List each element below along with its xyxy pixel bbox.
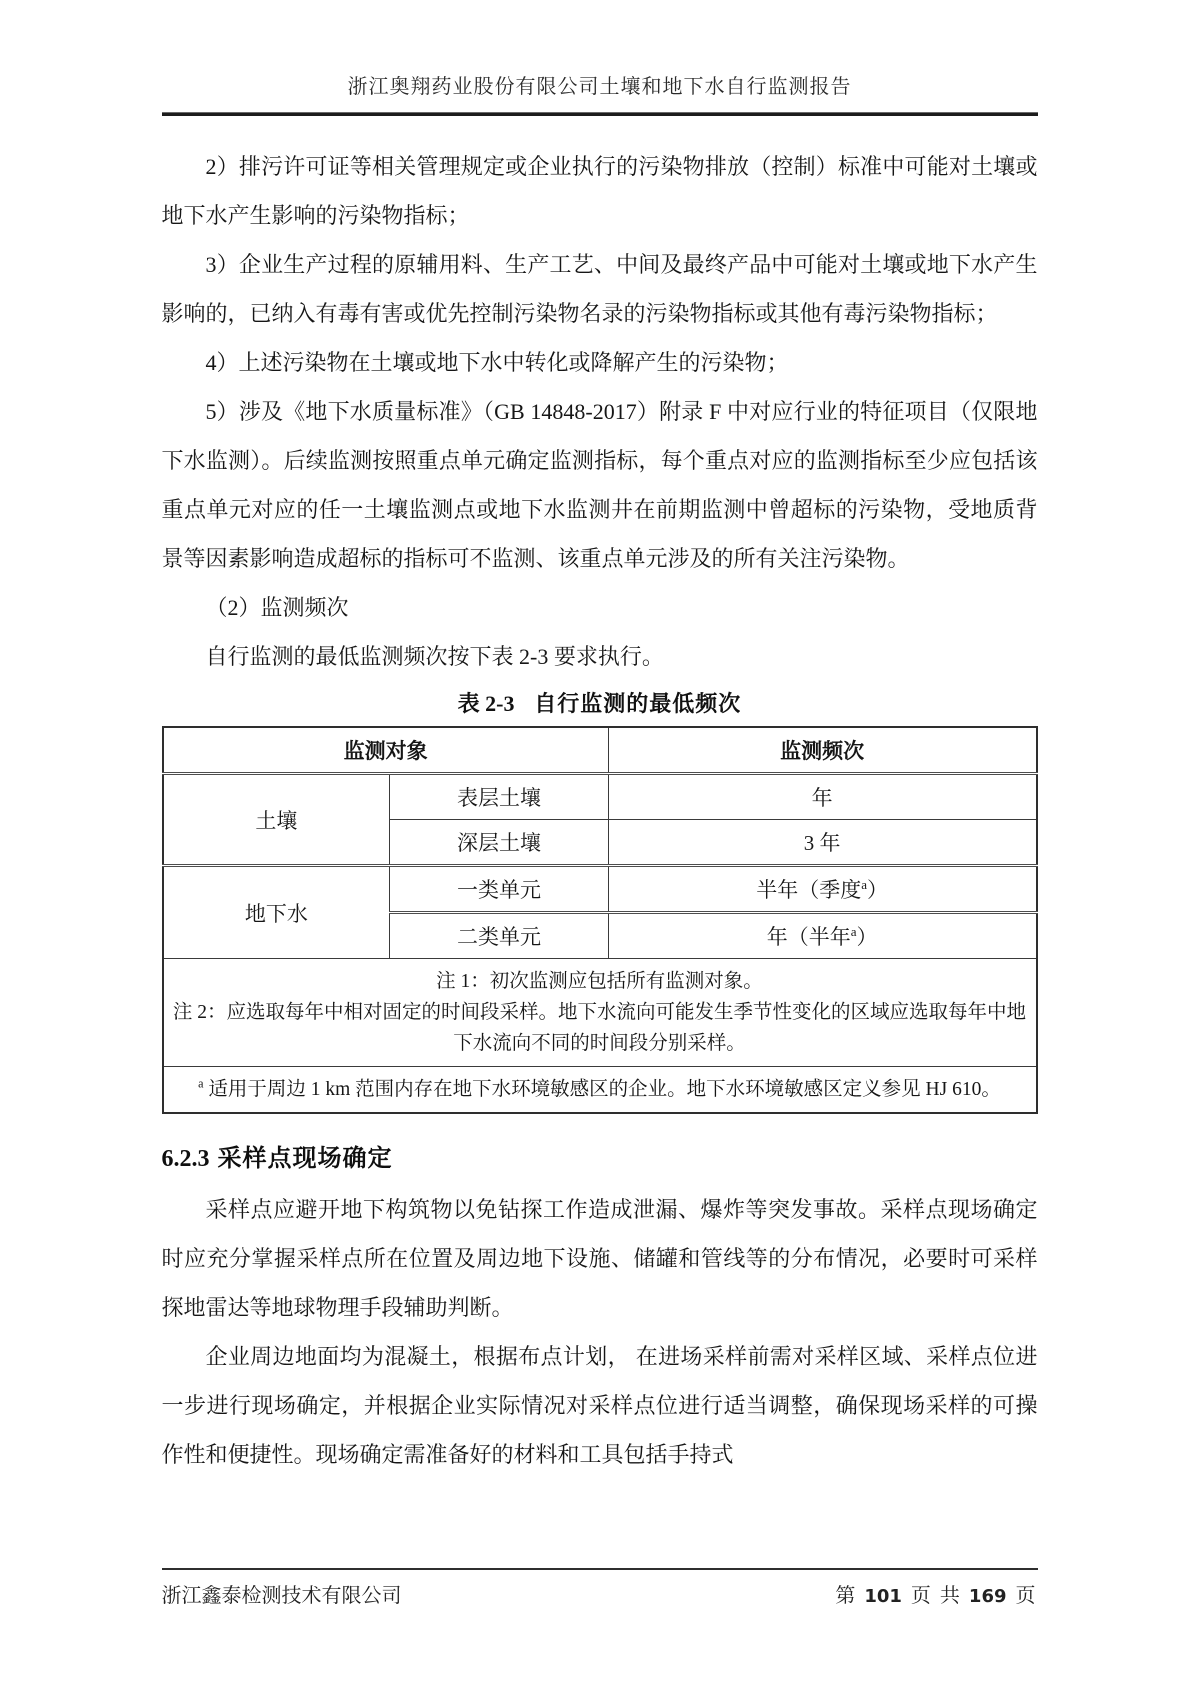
- cell-deep-soil-frequency: 3 年: [608, 820, 1036, 866]
- paragraph-monitoring-frequency-label: （2）监测频次: [162, 583, 1038, 632]
- column-header-object: 监测对象: [163, 727, 609, 774]
- header-title: 浙江奥翔药业股份有限公司土壤和地下水自行监测报告: [162, 70, 1038, 99]
- table-notes: 注 1：初次监测应包括所有监测对象。 注 2：应选取每年中相对固定的时间段采样。…: [163, 959, 1037, 1067]
- frequency-text-close: ）: [857, 925, 878, 949]
- frequency-text: 半年（季度: [756, 878, 861, 902]
- table-number: 表 2-3: [458, 691, 515, 716]
- table-footnote-row: a 适用于周边 1 km 范围内存在地下水环境敏感区的企业。地下水环境敏感区定义…: [163, 1067, 1037, 1114]
- current-page-number: 101: [864, 1586, 902, 1607]
- total-page-number: 169: [969, 1586, 1007, 1607]
- table-footnote: a 适用于周边 1 km 范围内存在地下水环境敏感区的企业。地下水环境敏感区定义…: [163, 1067, 1037, 1114]
- monitoring-frequency-table: 监测对象 监测频次 土壤 表层土壤 年 深层土壤 3 年 地下水 一类单元 半年…: [162, 726, 1038, 1114]
- page-label-unit-2: 页: [1016, 1585, 1036, 1607]
- cell-unit-class2: 二类单元: [390, 913, 609, 959]
- table-notes-row: 注 1：初次监测应包括所有监测对象。 注 2：应选取每年中相对固定的时间段采样。…: [163, 959, 1037, 1067]
- cell-soil-group: 土壤: [163, 774, 390, 866]
- table-footnote-text: 适用于周边 1 km 范围内存在地下水环境敏感区的企业。地下水环境敏感区定义参见…: [208, 1079, 1000, 1100]
- table-title: 表 2-3自行监测的最低频次: [162, 687, 1038, 718]
- page-label-prefix: 第: [835, 1585, 855, 1607]
- section-number: 6.2.3: [162, 1146, 210, 1172]
- paragraph-item-5: 5）涉及《地下水质量标准》（GB 14848-2017）附录 F 中对应行业的特…: [162, 387, 1038, 583]
- footnote-marker: a: [198, 1077, 203, 1091]
- cell-deep-soil: 深层土壤: [390, 820, 609, 866]
- cell-groundwater-group: 地下水: [163, 866, 390, 959]
- paragraph-item-2: 2）排污许可证等相关管理规定或企业执行的污染物排放（控制）标准中可能对土壤或地下…: [162, 142, 1038, 240]
- footer-page-indicator: 第 101 页 共 169 页: [833, 1579, 1037, 1608]
- table-note-2: 注 2：应选取每年中相对固定的时间段采样。地下水流向可能发生季节性变化的区域应选…: [168, 997, 1032, 1059]
- table-title-text: 自行监测的最低频次: [534, 691, 741, 716]
- cell-unit-class1: 一类单元: [390, 866, 609, 913]
- cell-surface-soil: 表层土壤: [390, 774, 609, 820]
- section-heading: 6.2.3采样点现场确定: [162, 1138, 1038, 1173]
- page-footer: 浙江鑫泰检测技术有限公司 第 101 页 共 169 页: [162, 1568, 1038, 1608]
- table-row: 土壤 表层土壤 年: [163, 774, 1037, 820]
- frequency-text: 年（半年: [767, 925, 851, 949]
- frequency-text-close: ）: [867, 878, 888, 902]
- cell-surface-soil-frequency: 年: [608, 774, 1036, 820]
- column-header-frequency: 监测频次: [608, 727, 1036, 774]
- table-header-row: 监测对象 监测频次: [163, 727, 1037, 774]
- page-label-total: 共: [940, 1585, 960, 1607]
- document-page: 浙江奥翔药业股份有限公司土壤和地下水自行监测报告 2）排污许可证等相关管理规定或…: [162, 0, 1038, 1479]
- document-body: 2）排污许可证等相关管理规定或企业执行的污染物排放（控制）标准中可能对土壤或地下…: [162, 142, 1038, 1479]
- section-paragraph-2: 企业周边地面均为混凝土，根据布点计划， 在进场采样前需对采样区域、采样点位进一步…: [162, 1332, 1038, 1479]
- table-note-1: 注 1：初次监测应包括所有监测对象。: [168, 966, 1032, 997]
- page-label-unit: 页: [911, 1585, 931, 1607]
- cell-unit-class2-frequency: 年（半年a）: [608, 913, 1036, 959]
- page-header: 浙江奥翔药业股份有限公司土壤和地下水自行监测报告: [162, 0, 1038, 116]
- header-rule: [162, 112, 1038, 116]
- section-heading-text: 采样点现场确定: [218, 1145, 393, 1172]
- section-paragraph-1: 采样点应避开地下构筑物以免钻探工作造成泄漏、爆炸等突发事故。采样点现场确定时应充…: [162, 1185, 1038, 1332]
- paragraph-item-3: 3）企业生产过程的原辅用料、生产工艺、中间及最终产品中可能对土壤或地下水产生影响…: [162, 240, 1038, 338]
- footer-company: 浙江鑫泰检测技术有限公司: [162, 1579, 402, 1608]
- cell-unit-class1-frequency: 半年（季度a）: [608, 866, 1036, 913]
- paragraph-item-4: 4）上述污染物在土壤或地下水中转化或降解产生的污染物；: [162, 338, 1038, 387]
- table-row: 地下水 一类单元 半年（季度a）: [163, 866, 1037, 913]
- paragraph-table-intro: 自行监测的最低监测频次按下表 2-3 要求执行。: [162, 632, 1038, 681]
